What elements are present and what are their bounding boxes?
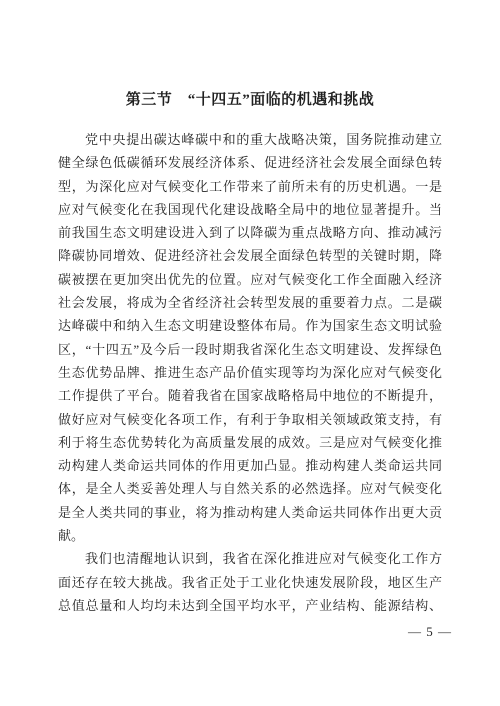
body-line: 应对气候变化在我国现代化建设战略全局中的地位显著提升。当 <box>58 198 442 221</box>
body-line: 健全绿色低碳循环发展经济体系、促进经济社会发展全面绿色转 <box>58 151 442 174</box>
document-page: 第三节 “十四五”面临的机遇和挑战 党中央提出碳达峰碳中和的重大战略决策，国务院… <box>0 0 500 706</box>
body-line: 献。 <box>58 524 442 547</box>
body-line: 区，“十四五”及今后一段时期我省深化生态文明建设、发挥绿色 <box>58 338 442 361</box>
section-title: 第三节 “十四五”面临的机遇和挑战 <box>0 88 500 109</box>
document-body: 党中央提出碳达峰碳中和的重大战略决策，国务院推动建立健全绿色低碳循环发展经济体系… <box>58 128 442 617</box>
page-number: — 5 — <box>408 624 452 640</box>
body-line: 型，为深化应对气候变化工作带来了前所未有的历史机遇。一是 <box>58 175 442 198</box>
body-line: 我们也清醒地认识到，我省在深化推进应对气候变化工作方 <box>58 547 442 570</box>
body-line: 前我国生态文明建设进入到了以降碳为重点战略方向、推动减污 <box>58 221 442 244</box>
body-line: 利于将生态优势转化为高质量发展的成效。三是应对气候变化推 <box>58 431 442 454</box>
body-line: 做好应对气候变化各项工作，有利于争取相关领域政策支持，有 <box>58 408 442 431</box>
body-line: 达峰碳中和纳入生态文明建设整体布局。作为国家生态文明试验 <box>58 314 442 337</box>
body-line: 社会发展，将成为全省经济社会转型发展的重要着力点。二是碳 <box>58 291 442 314</box>
body-line: 生态优势品牌、推进生态产品价值实现等均为深化应对气候变化 <box>58 361 442 384</box>
body-line: 工作提供了平台。随着我省在国家战略格局中地位的不断提升， <box>58 384 442 407</box>
body-line: 动构建人类命运共同体的作用更加凸显。推动构建人类命运共同 <box>58 454 442 477</box>
body-line: 体，是全人类妥善处理人与自然关系的必然选择。应对气候变化 <box>58 477 442 500</box>
body-line: 总值总量和人均均未达到全国平均水平，产业结构、能源结构、 <box>58 594 442 617</box>
body-line: 党中央提出碳达峰碳中和的重大战略决策，国务院推动建立 <box>58 128 442 151</box>
body-line: 降碳协同增效、促进经济社会发展全面绿色转型的关键时期，降 <box>58 244 442 267</box>
body-line: 碳被摆在更加突出优先的位置。应对气候变化工作全面融入经济 <box>58 268 442 291</box>
body-line: 面还存在较大挑战。我省正处于工业化快速发展阶段，地区生产 <box>58 571 442 594</box>
body-line: 是全人类共同的事业，将为推动构建人类命运共同体作出更大贡 <box>58 501 442 524</box>
